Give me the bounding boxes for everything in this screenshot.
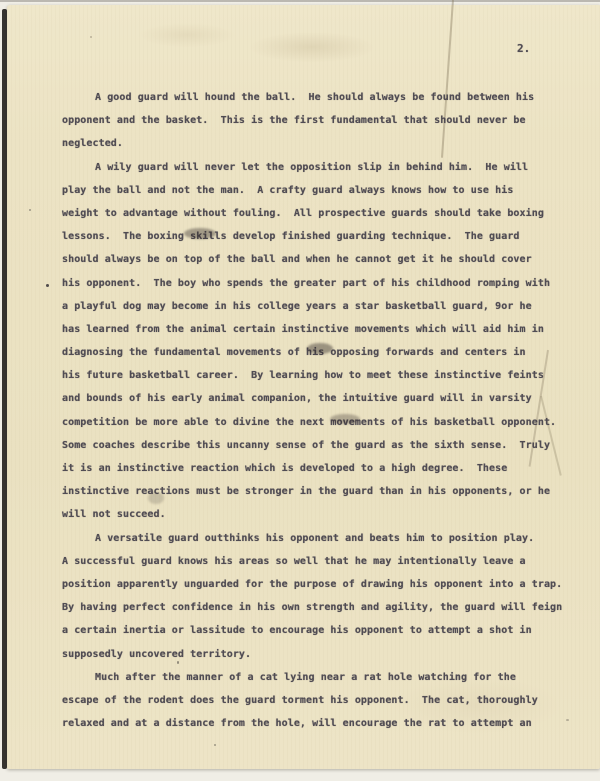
text-line: a playful dog may become in his college … <box>62 295 582 318</box>
paper-speck <box>566 719 569 721</box>
text-line: instinctive reactions must be stronger i… <box>62 480 582 503</box>
scan-edge-strip <box>2 9 7 769</box>
text-line: weight to advantage without fouling. All… <box>62 202 582 225</box>
paper-speck <box>29 209 31 211</box>
paper-speck <box>177 661 179 664</box>
stray-period-mark <box>46 284 49 287</box>
text-line: should always be on top of the ball and … <box>62 248 582 271</box>
text-line: play the ball and not the man. A crafty … <box>62 179 582 202</box>
paper-speck <box>214 744 216 746</box>
text-line: supposedly uncovered territory. <box>62 643 582 666</box>
ink-smudge <box>184 228 216 239</box>
ink-smudge <box>148 492 164 504</box>
paper-speck <box>90 36 92 38</box>
text-line: competition be more able to divine the n… <box>62 411 582 434</box>
text-line: opponent and the basket. This is the fir… <box>62 109 582 132</box>
text-line: and bounds of his early animal companion… <box>62 387 582 410</box>
ink-smudge <box>330 414 360 424</box>
text-line: lessons. The boxing skills develop finis… <box>62 225 582 248</box>
text-line: has learned from the animal certain inst… <box>62 318 582 341</box>
text-line: A versatile guard outthinks his opponent… <box>62 527 582 550</box>
text-block: A good guard will hound the ball. He sho… <box>62 86 582 735</box>
text-line: Much after the manner of a cat lying nea… <box>62 666 582 689</box>
text-line: By having perfect confidence in his own … <box>62 596 582 619</box>
text-line: a certain inertia or lassitude to encour… <box>62 619 582 642</box>
text-line: Some coaches describe this uncanny sense… <box>62 434 582 457</box>
text-line: will not succeed. <box>62 503 582 526</box>
page-number: 2. <box>517 42 530 55</box>
text-line: A wily guard will never let the oppositi… <box>62 156 582 179</box>
text-line: A successful guard knows his areas so we… <box>62 550 582 573</box>
scan-top-edge <box>0 0 600 2</box>
text-line: relaxed and at a distance from the hole,… <box>62 712 582 735</box>
text-line: his future basketball career. By learnin… <box>62 364 582 387</box>
ink-smudge <box>307 343 333 354</box>
text-line: A good guard will hound the ball. He sho… <box>62 86 582 109</box>
text-line: escape of the rodent does the guard torm… <box>62 689 582 712</box>
text-line: it is an instinctive reaction which is d… <box>62 457 582 480</box>
text-line: his opponent. The boy who spends the gre… <box>62 272 582 295</box>
text-line: neglected. <box>62 132 582 155</box>
text-line: position apparently unguarded for the pu… <box>62 573 582 596</box>
scanned-document-page: 2. A good guard will hound the ball. He … <box>0 0 600 781</box>
